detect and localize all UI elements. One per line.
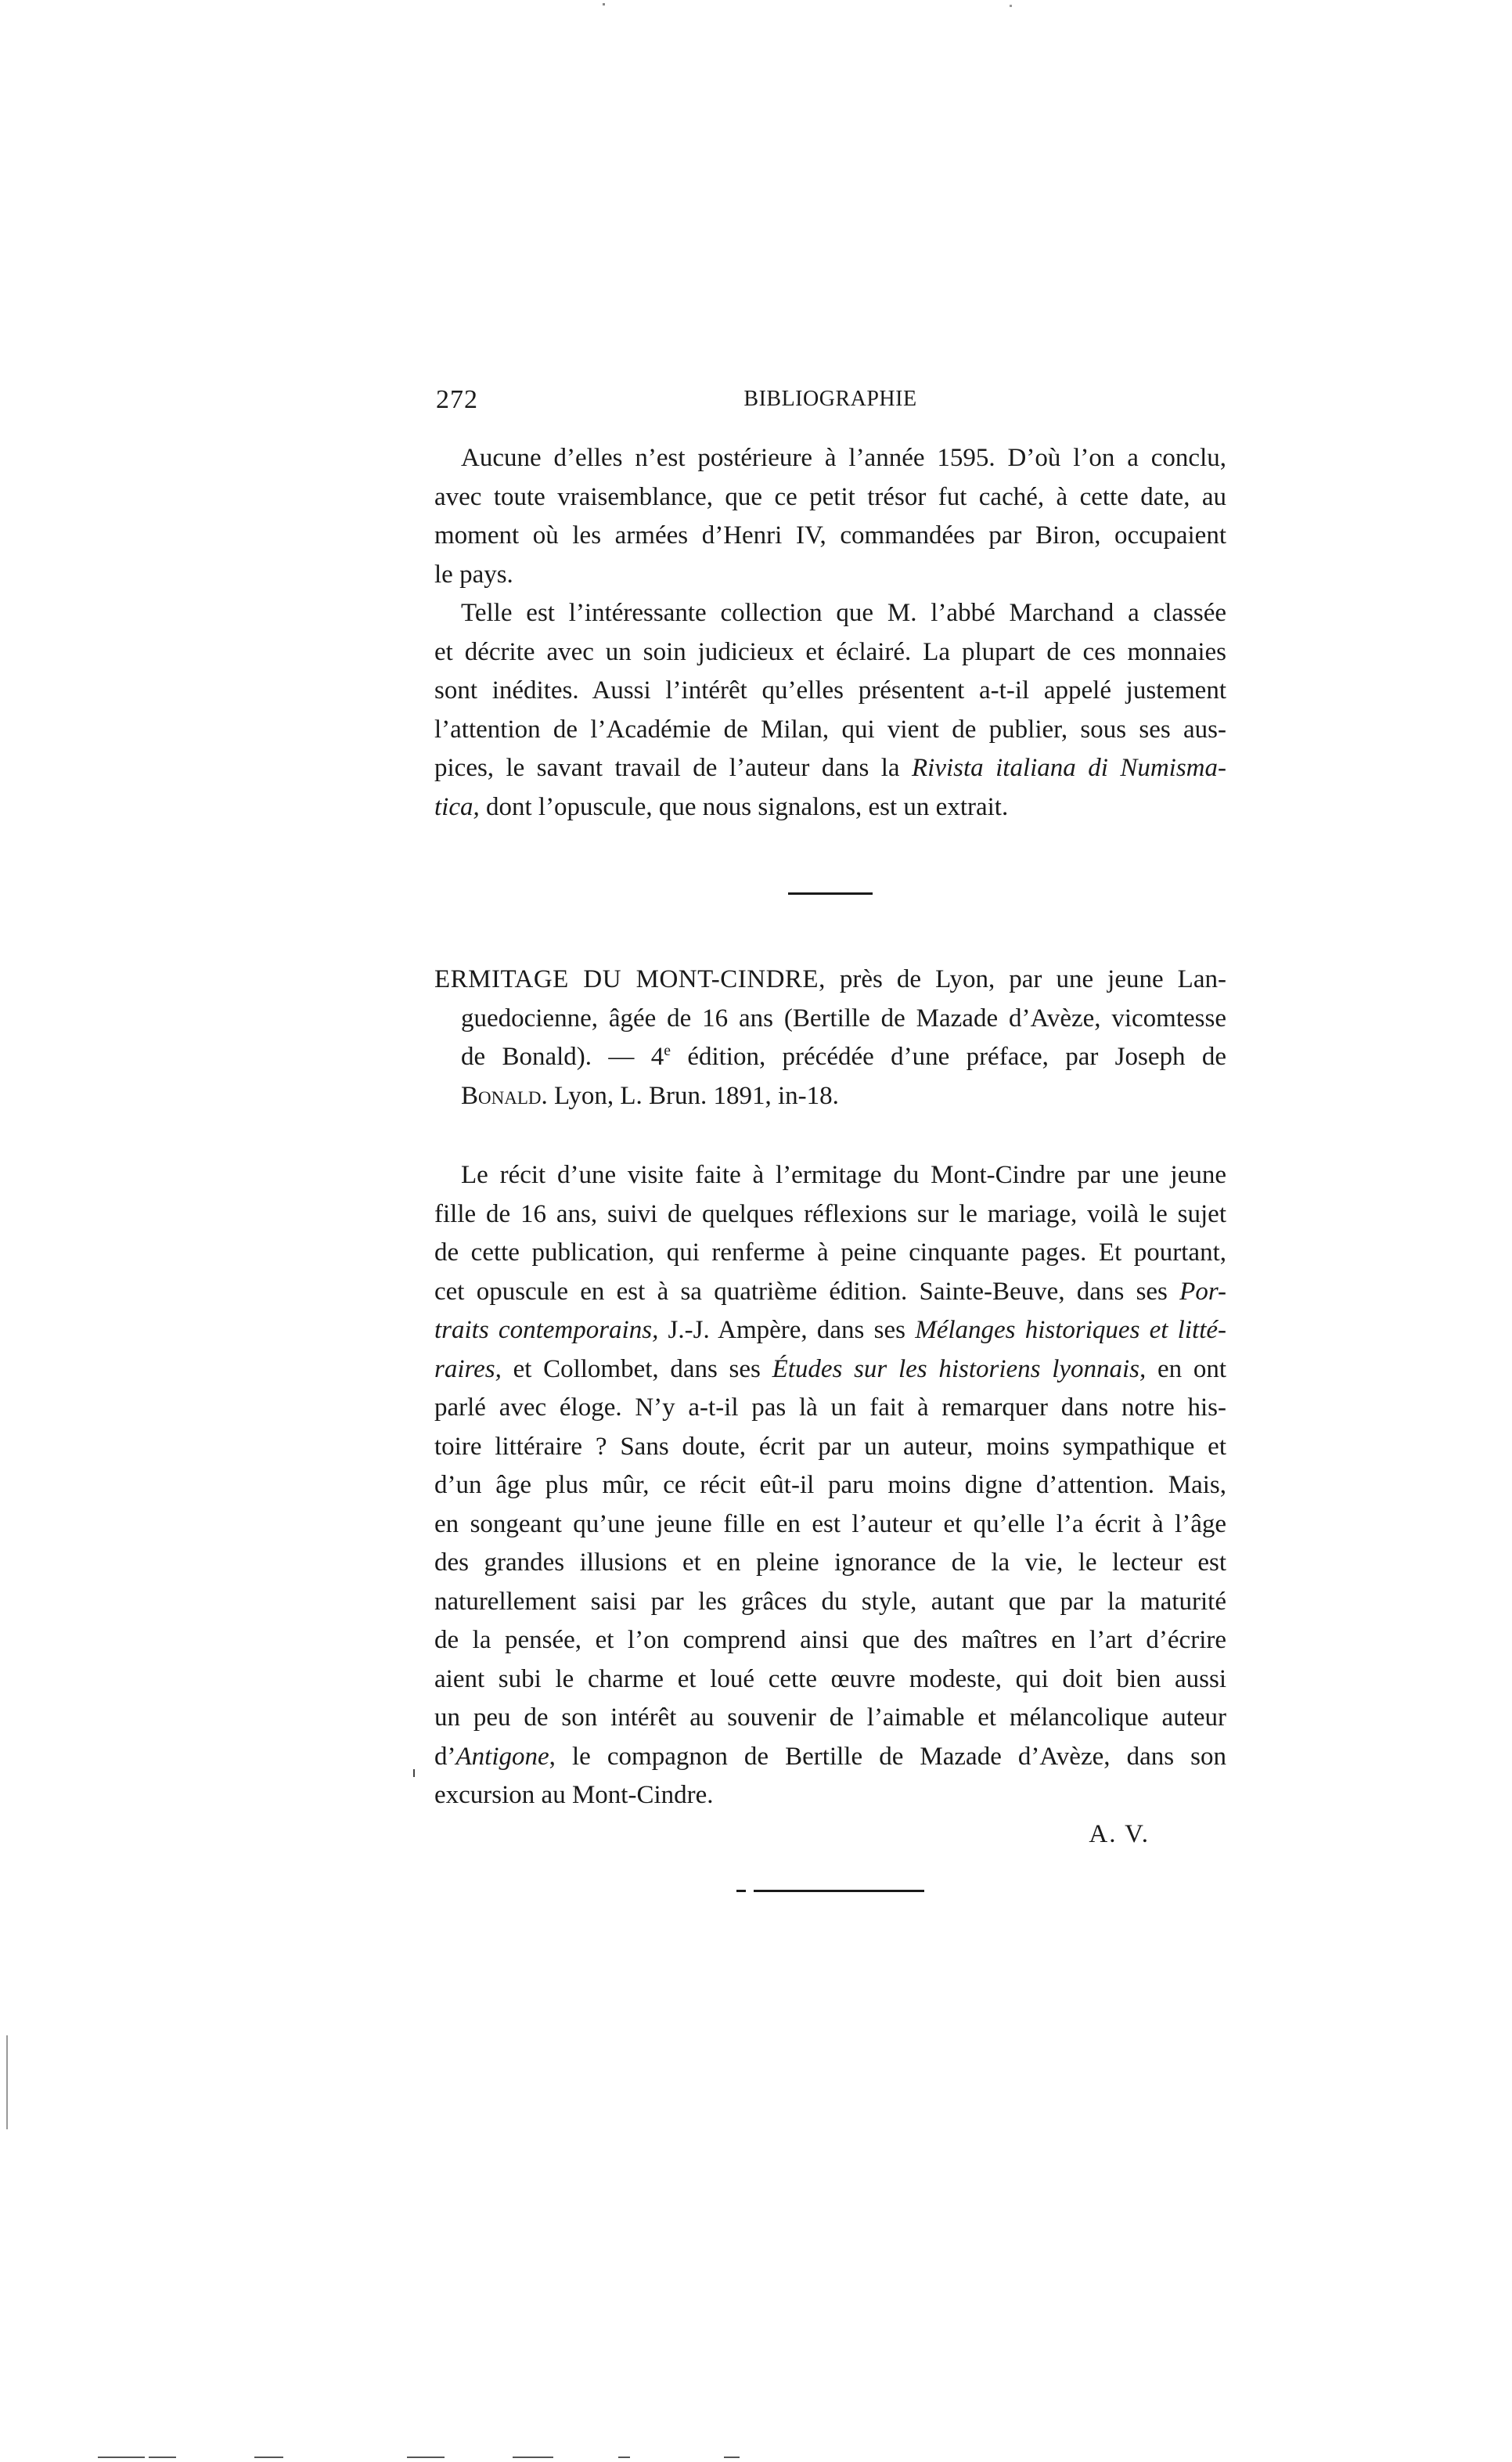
scan-artifact-bottom-rule <box>618 2457 630 2458</box>
text-run: , le compagnon de Bertille de Mazade d’A… <box>549 1743 1226 1771</box>
book-title: Mélanges historiques et litté- <box>915 1316 1226 1344</box>
text-line: Aucune d’elles n’est postérieure à l’ann… <box>434 439 1226 478</box>
text-run: près de Lyon, par une jeune Lan- <box>826 965 1226 993</box>
text-line: excursion au Mont-Cindre. <box>434 1776 1226 1815</box>
text-line: l’attention de l’Académie de Milan, qui … <box>434 711 1226 750</box>
text-line: moment où les armées d’Henri IV, command… <box>434 517 1226 556</box>
text-line: d’un âge plus mûr, ce récit eût-il paru … <box>434 1466 1226 1505</box>
author-name: Bonald <box>461 1082 542 1110</box>
book-title: Études sur les historiens lyonnais, <box>772 1355 1147 1383</box>
scan-artifact-left-mark <box>6 2035 8 2129</box>
text-run: . Lyon, L. Brun. 1891, in-18. <box>542 1082 839 1110</box>
paragraph-conclusion: Aucune d’elles n’est postérieure à l’ann… <box>434 439 1226 594</box>
text-line: fille de 16 ans, suivi de quelques réfle… <box>434 1195 1226 1235</box>
book-title: raires, <box>434 1355 502 1383</box>
text-line: Le récit d’une visite faite à l’ermitage… <box>434 1156 1226 1195</box>
text-line: de Bonald). — 4e édition, précédée d’une… <box>434 1038 1226 1077</box>
text-run: en ont <box>1146 1355 1226 1383</box>
text-line: ERMITAGE DU MONT-CINDRE, près de Lyon, p… <box>434 961 1226 1000</box>
text-line: raires, et Collombet, dans ses Études su… <box>434 1350 1226 1390</box>
text-line: toire littéraire ? Sans doute, écrit par… <box>434 1428 1226 1467</box>
scan-artifact-top-speck <box>1010 5 1012 7</box>
end-divider <box>736 1890 924 1892</box>
text-line: aient subi le charme et loué cette œuvre… <box>434 1660 1226 1700</box>
text-run: J.-J. Ampère, dans ses <box>658 1316 915 1344</box>
text-run: de Bonald). — 4 <box>461 1043 664 1071</box>
running-title: BIBLIOGRAPHIE <box>434 387 1226 412</box>
superscript: e <box>664 1042 671 1059</box>
scan-artifact-bottom-rule <box>407 2457 445 2458</box>
text-line: Bonald. Lyon, L. Brun. 1891, in-18. <box>434 1077 1226 1116</box>
bibliographic-entry: ERMITAGE DU MONT-CINDRE, près de Lyon, p… <box>434 961 1226 1116</box>
scan-artifact-bottom-rule <box>724 2457 740 2458</box>
text-line: parlé avec éloge. N’y a-t-il pas là un f… <box>434 1389 1226 1428</box>
book-page: 272 BIBLIOGRAPHIE Aucune d’elles n’est p… <box>434 376 1226 1892</box>
running-head: 272 BIBLIOGRAPHIE <box>434 376 1226 423</box>
text-line: en songeant qu’une jeune fille en est l’… <box>434 1505 1226 1545</box>
scan-artifact-bottom-rule <box>513 2457 553 2458</box>
text-line: et décrite avec un soin judicieux et écl… <box>434 633 1226 672</box>
text-line: tica, dont l’opuscule, que nous signalon… <box>434 788 1226 827</box>
scan-artifact-bottom-rule <box>149 2457 176 2458</box>
text-line: naturellement saisi par les grâces du st… <box>434 1583 1226 1622</box>
text-line: cet opuscule en est à sa quatrième éditi… <box>434 1273 1226 1312</box>
text-run: d’ <box>434 1743 456 1771</box>
text-line: pices, le savant travail de l’auteur dan… <box>434 749 1226 788</box>
review-paragraph: Le récit d’une visite faite à l’ermitage… <box>434 1156 1226 1815</box>
scan-artifact-bottom-rule <box>254 2457 283 2458</box>
text-run: dont l’opuscule, que nous signalons, est… <box>480 793 1009 821</box>
text-line: traits contemporains, J.-J. Ampère, dans… <box>434 1311 1226 1350</box>
text-line: Telle est l’intéressante collection que … <box>434 594 1226 633</box>
text-line: un peu de son intérêt au souvenir de l’a… <box>434 1699 1226 1738</box>
text-line: guedocienne, âgée de 16 ans (Bertille de… <box>434 1000 1226 1039</box>
text-line: avec toute vraisemblance, que ce petit t… <box>434 478 1226 517</box>
paragraph-collection: Telle est l’intéressante collection que … <box>434 594 1226 827</box>
text-line: sont inédites. Aussi l’intérêt qu’elles … <box>434 672 1226 711</box>
book-title: Antigone <box>456 1743 549 1771</box>
scan-artifact-bottom-rule <box>98 2457 145 2458</box>
text-run: et Collombet, dans ses <box>502 1355 772 1383</box>
text-line: d’Antigone, le compagnon de Bertille de … <box>434 1738 1226 1777</box>
book-title: traits contemporains, <box>434 1316 658 1344</box>
text-line: le pays. <box>434 556 1226 595</box>
author-signature: A. V. <box>434 1820 1226 1849</box>
text-run: pices, le savant travail de l’auteur dan… <box>434 754 912 782</box>
text-run: édition, précédée d’une préface, par Jos… <box>671 1043 1226 1071</box>
text-run: cet opuscule en est à sa quatrième éditi… <box>434 1278 1179 1306</box>
entry-title: ERMITAGE DU MONT-CINDRE, <box>434 965 826 993</box>
text-line: de la pensée, et l’on comprend ainsi que… <box>434 1621 1226 1660</box>
scan-artifact-top-speck <box>603 3 605 5</box>
text-line: de cette publication, qui renferme à pei… <box>434 1234 1226 1273</box>
scan-artifact-left-tick <box>413 1769 415 1777</box>
section-divider <box>788 892 873 895</box>
journal-title: Rivista italiana di Numisma- <box>912 754 1226 782</box>
journal-title-cont: tica, <box>434 793 480 821</box>
text-line: des grandes illusions et en pleine ignor… <box>434 1544 1226 1583</box>
book-title: Por- <box>1179 1278 1226 1306</box>
